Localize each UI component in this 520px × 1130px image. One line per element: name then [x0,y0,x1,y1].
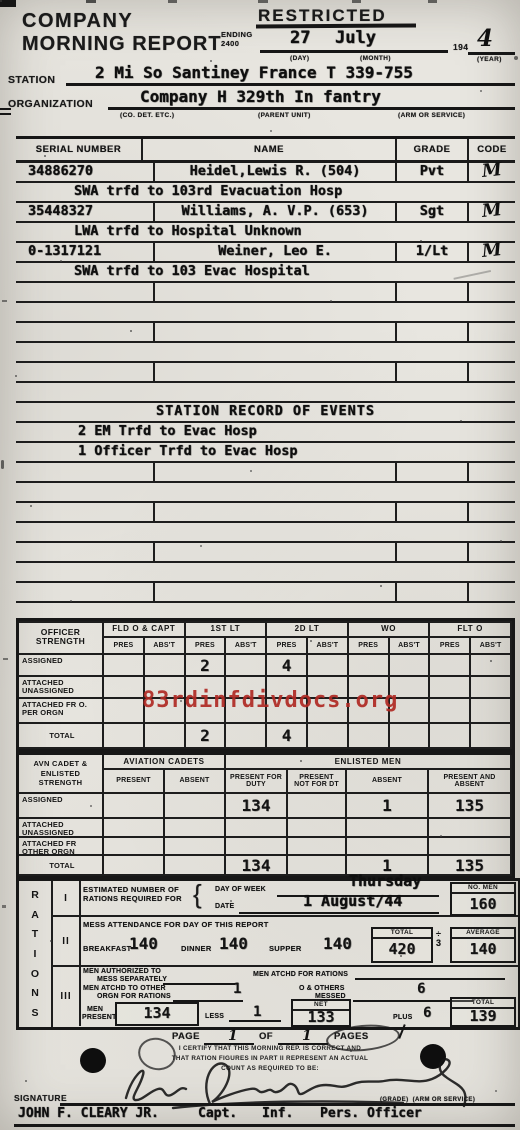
officer-cell [226,724,267,749]
brace-glyph: { [193,879,202,910]
roster-cell-ser [16,283,155,301]
total-rations-box: TOTAL 420 [371,927,433,963]
roster-cell-cod: M [468,201,516,224]
officer-cell [145,655,186,677]
men-present-box: 134 [115,1002,199,1026]
rations-letter: N [31,987,39,999]
roster-row-blank-remark [16,343,515,363]
mess-separately-line [163,983,235,985]
cadet-cell: 135 [429,794,512,819]
officer-subcol: PRES [186,638,227,655]
officer-cell [308,724,349,749]
cadet-cell [288,794,347,819]
officer-cell [471,724,512,749]
rations-letter: I [34,948,37,960]
plus-value: 6 [423,1005,431,1021]
roster-cell-ser [16,543,155,561]
column-name: NAME [143,139,397,160]
roster-blank-remark-text [16,383,515,401]
officer-cell [349,655,390,677]
roster-cell-ser [16,323,155,341]
roster-remark-text: LWA trfd to Hospital Unknown [16,223,515,241]
atchd-rations-label: MEN ATCHD FOR RATIONS [253,971,348,978]
station-label: STATION [8,74,55,86]
officer-subcol: ABS'T [308,638,349,655]
officer-cell [104,699,145,724]
scan-artifact [258,0,268,3]
roster-row-blank-entry [16,283,515,303]
roster-row-remark: SWA trfd to 103rd Evacuation Hosp [16,183,515,203]
roster-cell-nam: Weiner, Leo E. [155,243,397,261]
roster-row-blank-remark [16,483,515,503]
rations-row-2: II MESS ATTENDANCE FOR DAY OF THIS REPOR… [53,917,518,967]
rations-section: RATIONS I ESTIMATED NUMBER OF RATIONS RE… [16,878,520,1030]
signature-label: SIGNATURE [14,1093,67,1103]
roster-cell-grd [397,463,469,481]
officer-cell [430,724,471,749]
net-value: 133 [293,1011,349,1024]
pages-value: 1 [302,1028,312,1044]
rations-row-3: III MEN AUTHORIZED TO MESS SEPARATELY ME… [53,967,518,1026]
roster-cell-nam [155,543,397,561]
average-label: AVERAGE [452,929,514,939]
officer-strength-corner: OFFICER STRENGTH [19,621,104,655]
cadet-cell [165,838,226,856]
divide-by-three: ÷3 [436,930,445,948]
officer-cell [104,724,145,749]
column-grade: GRADE [397,139,469,160]
roster-row-remark: SWA trfd to 103 Evac Hospital [16,263,515,283]
cadet-cell [165,856,226,876]
column-serial-number: SERIAL NUMBER [16,139,143,160]
org-caption-arm: (ARM OR SERVICE) [398,112,465,119]
roster-row-blank-remark [16,383,515,403]
roster-cell-cod [468,321,516,344]
officer-cell [104,677,145,699]
day-caption: (DAY) [290,55,309,62]
column-code: CODE [469,139,515,160]
men-present-value: 134 [117,1004,197,1022]
cadet-cell [288,819,347,838]
roster-row-blank-remark [16,563,515,583]
officer-subcol: ABS'T [226,638,267,655]
roster-cell-grd [397,283,469,301]
officer-cell [308,655,349,677]
typed-title: Pers. Officer [320,1106,422,1121]
mess-separately-label-1: MEN AUTHORIZED TO [83,968,161,975]
rations-side-label: RATIONS [19,881,53,1027]
scan-artifact [168,0,177,3]
rations-row-1-body: ESTIMATED NUMBER OF RATIONS REQUIRED FOR… [81,881,518,915]
cadet-cell: 134 [226,856,288,876]
bottom-border [14,1124,515,1127]
officer-subcol: ABS'T [145,638,186,655]
roster-cell-grd [397,503,469,521]
roster-cell-nam [155,503,397,521]
year-caption: (YEAR) [477,56,502,63]
punch-hole [78,1046,107,1074]
men-present-label-1: MEN [87,1006,103,1013]
less-value: 1 [253,1004,261,1020]
officer-group-2: 1ST LT [186,621,268,638]
roster-cell-nam [155,363,397,381]
cadet-cell [104,856,165,876]
scan-artifact [514,56,518,60]
cadet-cell [165,794,226,819]
typed-grade: Capt. [198,1106,237,1121]
estimated-label-2: RATIONS REQUIRED FOR [83,894,182,903]
date-label: DATE [215,903,234,910]
grand-total-box: TOTAL 139 [450,997,516,1027]
officer-row-label: TOTAL [19,724,104,749]
roster-row-blank-entry [16,323,515,343]
cadet-row-label: ASSIGNED [19,794,104,819]
roster-row-blank-remark [16,523,515,543]
officer-row-label: ATTACHED UNASSIGNED [19,677,104,699]
rations-row-1: I ESTIMATED NUMBER OF RATIONS REQUIRED F… [53,881,518,917]
roster-header-row: SERIAL NUMBER NAME GRADE CODE [16,139,515,163]
officer-subcol: PRES [349,638,390,655]
of-label: OF [259,1031,273,1042]
cadet-subcol: PRESENT NOT FOR DT [288,770,347,794]
grand-total-value: 139 [452,1009,514,1023]
date-value: 1 August/44 [303,892,402,910]
cadet-cell: 1 [347,794,429,819]
roster-cell-cod: M [468,241,516,264]
atchd-other-value: 1 [233,981,241,997]
no-men-label: NO. MEN [452,884,514,894]
cadet-cell [104,838,165,856]
cadet-cell [288,838,347,856]
organization-label: ORGANIZATION [8,98,93,110]
officer-cell: 2 [186,655,227,677]
cadet-cell: 135 [429,856,512,876]
roster-cell-grd: 1/Lt [397,243,469,261]
roster-row-heading: STATION RECORD OF EVENTS [16,403,515,423]
roster-cell-cod [468,361,516,384]
report-day-value: 27 [290,28,310,48]
typed-arm: Inf. [262,1106,293,1121]
cadet-subcol: PRESENT FOR DUTY [226,770,288,794]
year-underline [468,52,515,55]
others-value: 6 [417,981,425,997]
year-prefix: 194 [453,42,468,52]
roster-blank-remark-text [16,563,515,581]
roster-cell-grd: Pvt [397,163,469,181]
roster-cell-nam [155,323,397,341]
roster-row-entry: 34886270Heidel,Lewis R. (504)PvtM [16,163,515,183]
roster-row-blank-entry [16,463,515,483]
roster-cell-ser [16,583,155,601]
no-men-value: 160 [452,894,514,914]
rations-rows: I ESTIMATED NUMBER OF RATIONS REQUIRED F… [53,881,518,1027]
cadet-cell [347,838,429,856]
roster-cell-nam [155,583,397,601]
roster-cell-ser [16,463,155,481]
rations-letter: S [31,1007,38,1019]
officer-subcol: ABS'T [471,638,512,655]
atchd-other-label-2: ORGN FOR RATIONS [97,993,171,1000]
roster-cell-grd [397,543,469,561]
roster-cell-cod [468,281,516,304]
date-underline [260,50,448,53]
rations-letter: A [31,909,39,921]
rations-numeral-2: II [53,917,81,965]
officer-cell [430,677,471,699]
roster-cell-ser: 35448327 [16,203,155,221]
officer-strength-table: OFFICER STRENGTHFLD O & CAPT1ST LT2D LTW… [16,618,515,752]
cadet-cell [226,819,288,838]
paper-speckles [0,0,2,2]
men-present-label-2: PRESENT [82,1014,116,1021]
roster-cell-cod [468,581,516,604]
organization-value: Company H 329th In fantry [140,87,381,106]
roster-remark-text: SWA trfd to 103 Evac Hospital [16,263,515,281]
rations-numeral-1: I [53,881,81,915]
officer-group-4: WO [349,621,431,638]
roster-event-text: 2 EM Trfd to Evac Hosp [16,423,515,441]
roster-cell-grd [397,323,469,341]
certification-line1: I CERTIFY THAT THIS MORNING REP. IS CORR… [138,1044,402,1054]
month-caption: (MONTH) [360,55,391,62]
officer-subcol: ABS'T [390,638,431,655]
roster-cell-grd [397,583,469,601]
roster-row-blank-entry [16,583,515,603]
cadet-cell [288,856,347,876]
roster-cell-grd: Sgt [397,203,469,221]
roster-cell-nam: Williams, A. V.P. (653) [155,203,397,221]
officer-cell [471,655,512,677]
officer-cell [349,724,390,749]
officer-cell: 2 [186,724,227,749]
scan-artifact [428,0,437,3]
day-of-week-label: DAY OF WEEK [215,886,266,893]
scan-artifact [352,0,361,3]
cadet-cell: 134 [226,794,288,819]
scan-artifact [2,300,7,302]
officer-cell: 4 [267,724,308,749]
average-box: AVERAGE 140 [450,927,516,963]
roster-blank-remark-text [16,523,515,541]
atchd-rations-line [355,978,505,980]
page-label: PAGE [172,1031,200,1042]
typed-name: JOHN F. CLEARY JR. [18,1106,159,1121]
cadet-subcol: ABSENT [347,770,429,794]
officer-group-3: 2D LT [267,621,349,638]
scan-artifact [0,113,11,115]
roster-cell-ser: 0-1317121 [16,243,155,261]
aviation-cadets-group: AVIATION CADETS [104,755,226,770]
roster-cell-nam [155,463,397,481]
total-rations-value: 420 [373,939,431,959]
plus-label: PLUS [393,1014,412,1021]
officer-cell [390,655,431,677]
officer-cell [104,655,145,677]
roster-remark-text: SWA trfd to 103rd Evacuation Hosp [16,183,515,201]
cadet-cell [226,838,288,856]
roster-cell-nam [155,283,397,301]
roster-row-blank-entry [16,543,515,563]
rations-letter: T [32,928,38,940]
roster-cell-cod [468,541,516,564]
roster-row-entry: 0-1317121Weiner, Leo E.1/LtM [16,243,515,263]
date-line [239,912,439,914]
roster-cell-ser [16,363,155,381]
roster-cell-grd [397,363,469,381]
cadet-subcol: PRESENT [104,770,165,794]
scan-artifact [1,460,4,469]
roster-cell-nam: Heidel,Lewis R. (504) [155,163,397,181]
scan-artifact [2,905,6,908]
total-rations-label: TOTAL [373,929,431,939]
officer-subcol: PRES [430,638,471,655]
cadet-cell [429,838,512,856]
roster-row-remark: LWA trfd to Hospital Unknown [16,223,515,243]
enlisted-men-group: ENLISTED MEN [226,755,512,770]
mess-attendance-label: MESS ATTENDANCE FOR DAY OF THIS REPORT [83,920,269,929]
roster-cell-cod: M [468,161,516,184]
cadet-cell [104,819,165,838]
rations-letter: O [31,968,39,980]
breakfast-label: BREAKFAST [83,944,132,953]
rations-row-2-body: MESS ATTENDANCE FOR DAY OF THIS REPORT B… [81,917,518,965]
watermark: 83rdinfdivdocs.org [142,688,398,713]
year-digit: 4 [477,25,493,52]
roster-cell-ser [16,503,155,521]
org-caption-parent: (PARENT UNIT) [258,112,311,119]
roster-table: SERIAL NUMBER NAME GRADE CODE 34886270He… [16,136,515,623]
station-value: 2 Mi So Santiney France T 339-755 [95,63,413,82]
officer-cell [390,724,431,749]
roster-blank-remark-text [16,343,515,361]
roster-cell-ser: 34886270 [16,163,155,181]
less-line [229,1020,281,1022]
morning-report-scan: RESTRICTED COMPANY MORNING REPORT ENDING… [0,0,520,1130]
others-label-1: O & OTHERS [299,985,345,992]
mess-separately-label-2: MESS SEPARATELY [97,976,167,983]
officer-row-label: ATTACHED FR O. PER ORGN [19,699,104,724]
rations-row-3-body: MEN AUTHORIZED TO MESS SEPARATELY MEN AT… [81,967,518,1026]
officer-cell [430,655,471,677]
form-title-line2: MORNING REPORT [22,33,222,56]
roster-cell-cod [468,461,516,484]
dinner-value: 140 [219,934,248,953]
roster-event-text: 1 Officer Trfd to Evac Hosp [16,443,515,461]
day-of-week-value: Thursday [349,872,421,890]
roster-row-blank-remark [16,303,515,323]
officer-cell: 4 [267,655,308,677]
rations-letter: R [31,889,39,901]
roster-row-event: 1 Officer Trfd to Evac Hosp [16,443,515,463]
roster-rows: 34886270Heidel,Lewis R. (504)PvtMSWA trf… [16,163,515,623]
organization-underline [108,107,515,110]
no-men-box: NO. MEN 160 [450,882,516,916]
enlisted-strength-table: AVN CADET & ENLISTED STRENGTHAVIATION CA… [16,752,515,879]
cadet-row-label: ATTACHED FR OTHER ORGN [19,838,104,856]
roster-blank-remark-text [16,303,515,321]
officer-group-1: FLD O & CAPT [104,621,186,638]
org-caption-unit: (CO. DET. ETC.) [120,112,174,119]
report-month-value: July [335,28,376,48]
scan-artifact [86,0,96,3]
cadet-cell [104,794,165,819]
roster-heading-text: STATION RECORD OF EVENTS [16,403,515,421]
roster-row-blank-entry [16,363,515,383]
less-label: LESS [205,1013,224,1020]
dinner-label: DINNER [181,944,212,953]
officer-cell [430,699,471,724]
cadet-subcol: ABSENT [165,770,226,794]
roster-row-blank-entry [16,503,515,523]
cadet-cell [429,819,512,838]
cadet-row-label: ATTACHED UNASSIGNED [19,819,104,838]
roster-cell-cod [468,501,516,524]
average-value: 140 [452,939,514,959]
scan-artifact [0,0,16,7]
cadet-cell [165,819,226,838]
cadet-strength-corner: AVN CADET & ENLISTED STRENGTH [19,755,104,794]
officer-cell [145,724,186,749]
cadet-subcol: PRESENT AND ABSENT [429,770,512,794]
roster-blank-remark-text [16,483,515,501]
net-box: NET 133 [291,999,351,1027]
station-underline [66,83,515,86]
officer-group-5: FLT O [430,621,512,638]
breakfast-value: 140 [129,934,158,953]
officer-cell [471,677,512,699]
roster-row-entry: 35448327Williams, A. V.P. (653)SgtM [16,203,515,223]
officer-subcol: PRES [104,638,145,655]
ending-label: ENDING 2400 [221,31,253,48]
form-title-line1: COMPANY [22,10,133,33]
grade-arm-caption: (GRADE) (ARM OR SERVICE) [380,1097,475,1103]
officer-cell [471,699,512,724]
supper-label: SUPPER [269,944,302,953]
scan-artifact [3,658,8,660]
roster-row-event: 2 EM Trfd to Evac Hosp [16,423,515,443]
officer-subcol: PRES [267,638,308,655]
cadet-cell [347,819,429,838]
cadet-row-label: TOTAL [19,856,104,876]
atchd-other-label-1: MEN ATCHD TO OTHER [83,985,166,992]
officer-cell [226,655,267,677]
rations-numeral-3: III [53,967,81,1026]
page-value: 1 [228,1028,238,1044]
estimated-label-1: ESTIMATED NUMBER OF [83,885,179,894]
ending-label-line2: 2400 [221,40,253,49]
officer-row-label: ASSIGNED [19,655,104,677]
supper-value: 140 [323,934,352,953]
